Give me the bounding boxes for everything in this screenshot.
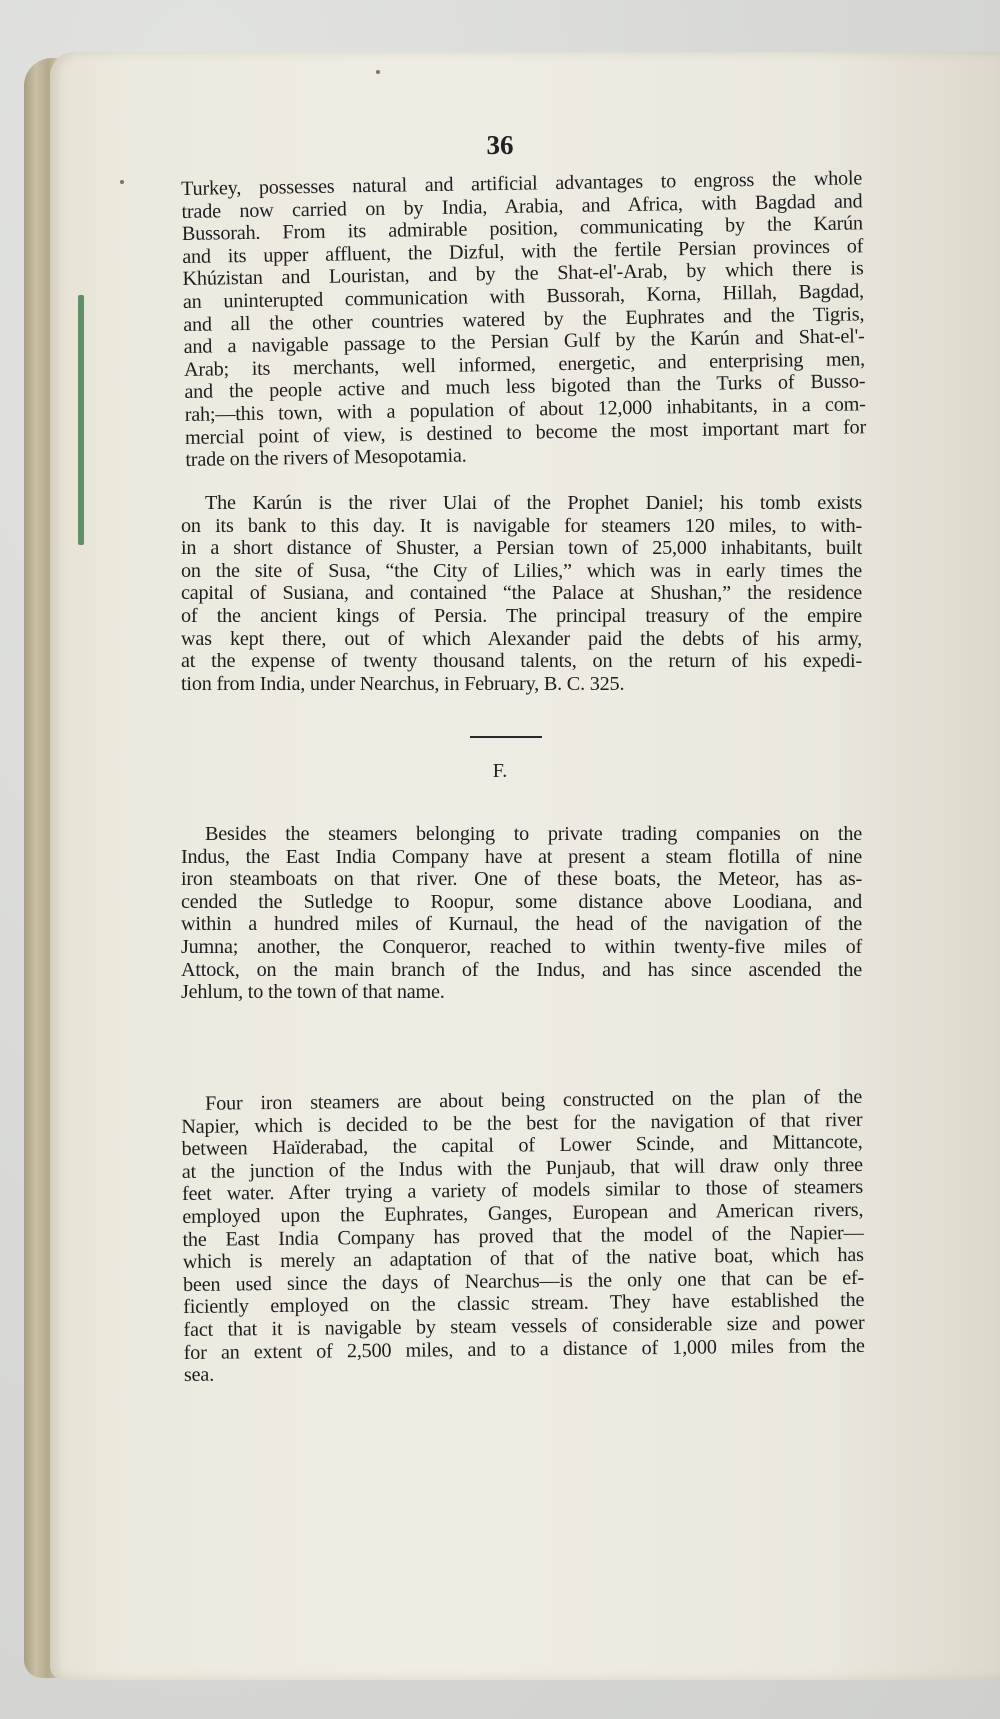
text-line: iron steamboats on that river. One of th… (181, 868, 862, 891)
paragraph-four-steamers: Four iron steamers are about being const… (181, 1086, 865, 1387)
text-line: within a hundred miles of Kurnaul, the h… (181, 913, 862, 936)
text-line: tion from India, under Nearchus, in Febr… (181, 673, 862, 696)
text-line: Besides the steamers belonging to privat… (181, 823, 862, 846)
text-line: of the ancient kings of Persia. The prin… (181, 605, 862, 628)
green-bookmark-tab (78, 295, 84, 545)
paper-speck (120, 180, 124, 184)
text-line: in a short distance of Shuster, a Persia… (181, 537, 862, 560)
text-line: The Karún is the river Ulai of the Proph… (181, 492, 862, 515)
section-divider (470, 736, 542, 738)
text-line: cended the Sutledge to Roopur, some dist… (181, 891, 862, 914)
text-line: Attock, on the main branch of the Indus,… (181, 959, 862, 982)
text-line: on the site of Susa, “the City of Lilies… (181, 560, 862, 583)
section-heading: F. (0, 760, 1000, 783)
text-line: was kept there, out of which Alexander p… (181, 628, 862, 651)
paper-speck (376, 70, 380, 74)
text-line: capital of Susiana, and contained “the P… (181, 582, 862, 605)
paragraph-indus-steamers: Besides the steamers belonging to privat… (181, 823, 862, 1004)
text-line: at the expense of twenty thousand talent… (181, 650, 862, 673)
paragraph-karun: The Karún is the river Ulai of the Proph… (181, 492, 862, 695)
text-line: on its bank to this day. It is navigable… (181, 515, 862, 538)
text-line: Jumna; another, the Conqueror, reached t… (181, 936, 862, 959)
text-line: Jehlum, to the town of that name. (181, 981, 862, 1004)
page-number: 36 (0, 130, 1000, 161)
text-line: Indus, the East India Company have at pr… (181, 846, 862, 869)
paragraph-turkey: Turkey, possesses natural and artificial… (181, 167, 867, 471)
